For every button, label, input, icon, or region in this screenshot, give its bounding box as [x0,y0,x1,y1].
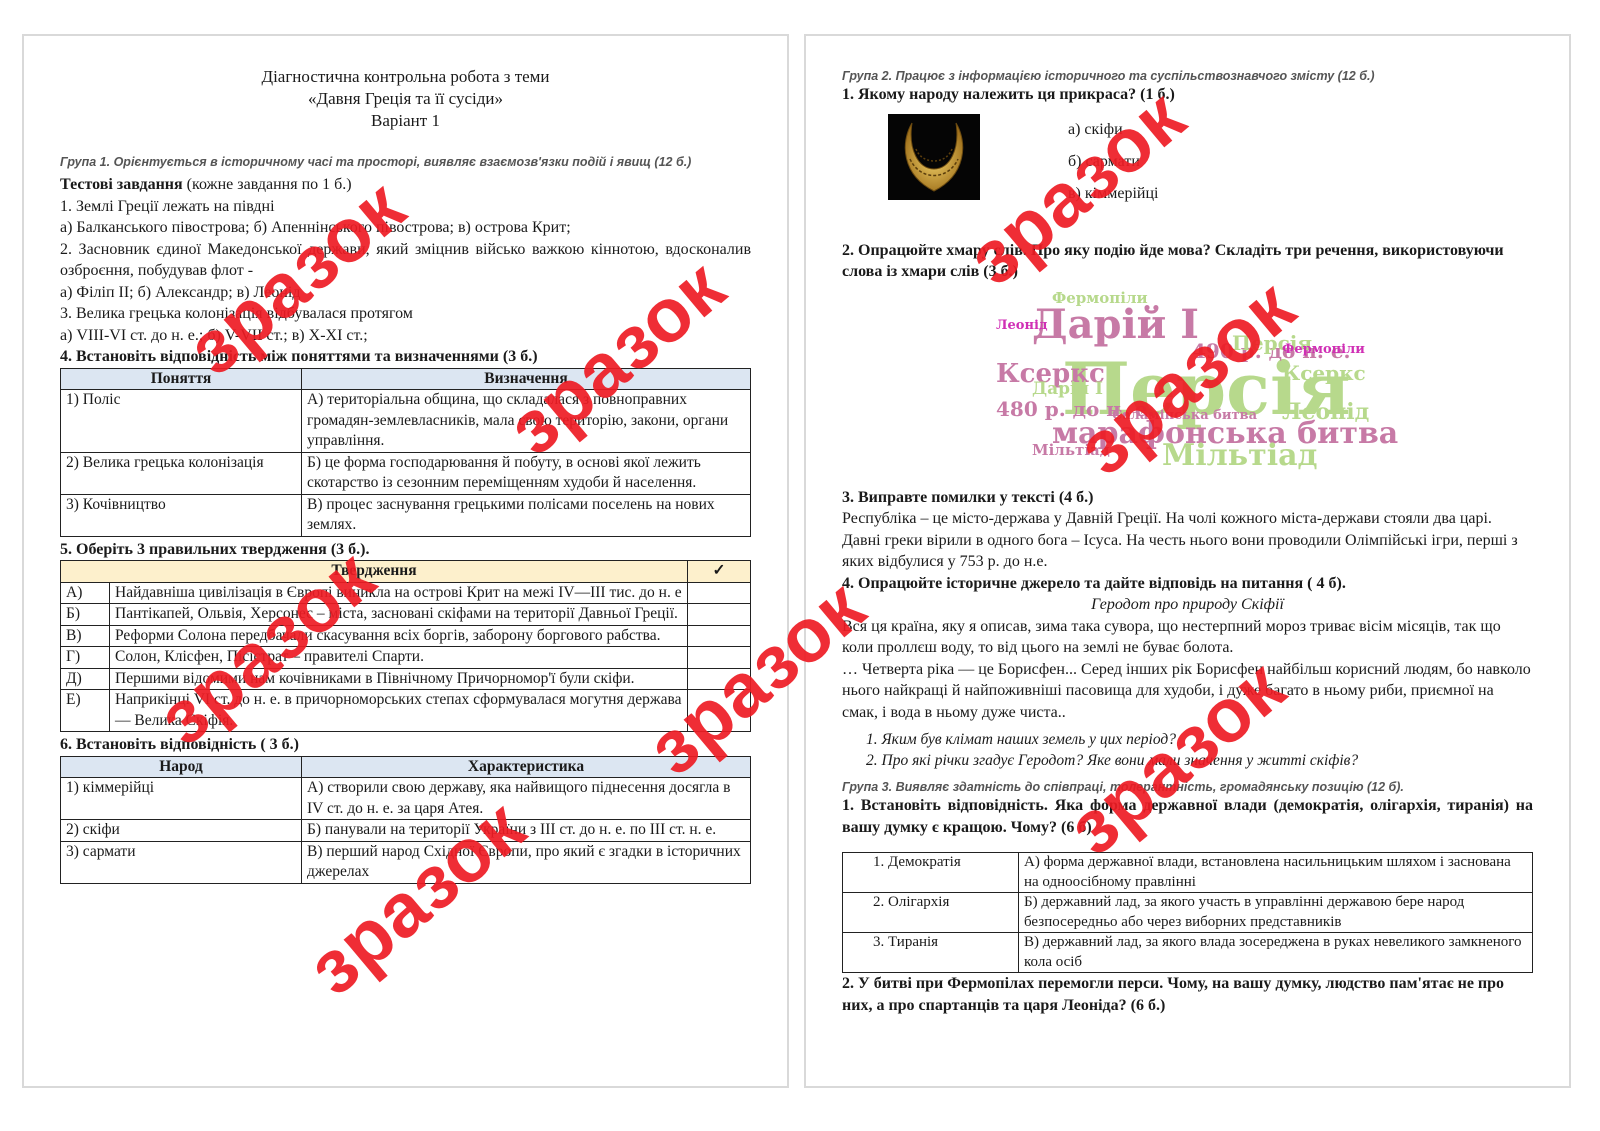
table-row: 2) Велика грецька колонізаціяБ) це форма… [61,452,751,494]
cell: А) створили свою державу, яка найвищого … [302,778,751,820]
cell: Е) [61,690,110,732]
tests-heading-rest: (кожне завдання по 1 б.) [183,176,352,193]
table-row: Б)Пантікапей, Ольвія, Херсонес – міста, … [61,604,751,626]
word-cloud-image: ПерсіяДарій IКсерксмарафонська битваМіль… [992,291,1372,481]
task5-table: Твердження✓ А)Найдавніша цивілізація в Є… [60,560,751,732]
table-row: Д)Першими відомими нам кочівниками в Пів… [61,668,751,690]
cell: Б) панували на території України з III с… [302,820,751,842]
cell: В) перший народ Східної Європи, про який… [302,841,751,883]
task5-heading: 5. Оберіть 3 правильних твердження (3 б.… [60,539,751,561]
source-question-1: 1. Яким був клімат наших земель у цих пе… [866,729,1533,750]
cell: А) форма державної влади, встановлена на… [1019,853,1533,893]
cell: Наприкінці VI ст. до н. е. в причорномор… [110,690,688,732]
table-row: 1) ПолісА) територіальна община, що скла… [61,390,751,453]
table-row: 2. ОлігархіяБ) державний лад, за якого у… [843,893,1533,933]
cell: 1) кіммерійці [61,778,302,820]
g2-question-2: 2. Опрацюйте хмару слів. Про яку подію й… [842,240,1533,283]
test-question-2: 2. Засновник єдиної Македонської держави… [60,239,751,282]
cell: 2. Олігархія [843,893,1019,933]
task6-table: НародХарактеристика 1) кіммерійціА) ство… [60,756,751,884]
cell: Д) [61,668,110,690]
word-cloud-word: Фермопіли [1282,343,1365,356]
title-line: «Давня Греція та її сусіди» [60,88,751,110]
table-row: Е)Наприкінці VI ст. до н. е. в причорном… [61,690,751,732]
gold-pectoral-image [888,114,980,200]
cell: 2) Велика грецька колонізація [61,452,302,494]
table-row: Г)Солон, Клісфен, Пісістрат – правителі … [61,647,751,669]
word-cloud-word: Фермопіли [1052,291,1148,306]
g2-question-4-heading: 4. Опрацюйте історичне джерело та дайте … [842,573,1533,595]
task4-table: ПоняттяВизначення 1) ПолісА) територіаль… [60,368,751,537]
table-row: 1. ДемократіяА) форма державної влади, в… [843,853,1533,893]
source-question-2: 2. Про які річки згадує Геродот? Яке вон… [866,750,1533,771]
answer-cell[interactable] [688,582,751,604]
test-question-3: 3. Велика грецька колонізація відбувалас… [60,303,751,325]
option: б) сармати [1068,146,1158,178]
cell: Пантікапей, Ольвія, Херсонес – міста, за… [110,604,688,626]
cell: Г) [61,647,110,669]
col-header: Народ [61,756,302,778]
test-options-1: а) Балканського півострова; б) Апеннінсь… [60,217,751,239]
cell: Солон, Клісфен, Пісістрат – правителі Сп… [110,647,688,669]
document-page-left: Діагностична контрольна робота з теми «Д… [22,34,789,1088]
source-text-2: … Четверта ріка — це Борисфен... Серед і… [842,659,1533,724]
cell: 1) Поліс [61,390,302,453]
table-row: 1) кіммерійціА) створили свою державу, я… [61,778,751,820]
table-row: 2) скіфиБ) панували на території України… [61,820,751,842]
col-header: Характеристика [302,756,751,778]
table-row: 3) сарматиВ) перший народ Східної Європи… [61,841,751,883]
cell: В) процес заснування грецькими полісами … [302,494,751,536]
test-question-1: 1. Землі Греції лежать на півдні [60,196,751,218]
table-row: 3. ТираніяВ) державний лад, за якого вла… [843,933,1533,973]
tests-heading-bold: Тестові завдання [60,176,183,193]
title-line: Варіант 1 [60,110,751,132]
source-title: Геродот про природу Скіфії [842,594,1533,616]
cell: А) територіальна община, що складалася з… [302,390,751,453]
word-cloud-word: Ксеркс [1282,363,1366,383]
cell: 3) сармати [61,841,302,883]
cell: Б) це форма господарювання й побуту, в о… [302,452,751,494]
option: а) скіфи [1068,114,1158,146]
cell: Першими відомими нам кочівниками в Півні… [110,668,688,690]
task6-heading: 6. Встановіть відповідність ( 3 б.) [60,734,751,756]
cell: Б) [61,604,110,626]
word-cloud-word: Леонід [1282,401,1369,423]
answer-cell[interactable] [688,668,751,690]
group2-heading: Група 2. Працює з інформацією історичног… [842,68,1533,84]
word-cloud-word: Дарій I [1032,381,1103,398]
task4-heading: 4. Встановіть відповідність між поняттям… [60,346,751,368]
g3-table: 1. ДемократіяА) форма державної влади, в… [842,852,1533,973]
group3-heading: Група 3. Виявляє здатність до співпраці,… [842,779,1533,795]
word-cloud-word: Саламінська битва [1112,409,1257,422]
group1-heading: Група 1. Орієнтується в історичному часі… [60,154,751,170]
col-header: Поняття [61,368,302,390]
g2-question-3-text: Республіка – це місто-держава у Давній Г… [842,508,1533,573]
word-cloud-word: Мільтіад [1032,443,1110,458]
cell: Реформи Солона передбачали скасування вс… [110,625,688,647]
q1-block: а) скіфи б) сармати в) кіммерійці [888,114,1533,210]
tests-heading: Тестові завдання (кожне завдання по 1 б.… [60,174,751,196]
cell: 3) Кочівництво [61,494,302,536]
g2-question-1: 1. Якому народу належить ця прикраса? (1… [842,84,1533,106]
word-cloud-word: Леонід [996,319,1048,332]
answer-cell[interactable] [688,625,751,647]
test-options-3: а) VIII-VI ст. до н. е.; б) V-VII ст.; в… [60,325,751,347]
cell: 2) скіфи [61,820,302,842]
cell: В) державний лад, за якого влада зосеред… [1019,933,1533,973]
g3-question-2: 2. У битві при Фермопілах перемогли перс… [842,973,1533,1016]
checkmark-icon: ✓ [688,561,751,583]
page-content: Група 2. Працює з інформацією історичног… [842,68,1533,1016]
cell: Б) державний лад, за якого участь в упра… [1019,893,1533,933]
g2-question-3-heading: 3. Виправте помилки у тексті (4 б.) [842,487,1533,509]
page-content: Діагностична контрольна робота з теми «Д… [60,66,751,884]
table-row: 3) КочівництвоВ) процес заснування грець… [61,494,751,536]
test-options-2: а) Філіп II; б) Александр; в) Леонід [60,282,751,304]
option: в) кіммерійці [1068,178,1158,210]
cell: В) [61,625,110,647]
title-line: Діагностична контрольна робота з теми [60,66,751,88]
word-cloud-word: Мільтіад [1162,441,1318,471]
word-cloud-word: Дарій I [1032,305,1199,345]
q1-options: а) скіфи б) сармати в) кіммерійці [1068,114,1158,210]
cell: А) [61,582,110,604]
cell: Найдавніша цивілізація в Європі виникла … [110,582,688,604]
answer-cell[interactable] [688,604,751,626]
col-header: Твердження [61,561,688,583]
document-title: Діагностична контрольна робота з теми «Д… [60,66,751,132]
table-row: В)Реформи Солона передбачали скасування … [61,625,751,647]
answer-cell[interactable] [688,647,751,669]
cell: 3. Тиранія [843,933,1019,973]
g3-question-1: 1. Встановіть відповідність. Яка форма д… [842,795,1533,838]
document-page-right: Група 2. Працює з інформацією історичног… [804,34,1571,1088]
col-header: Визначення [302,368,751,390]
table-row: А)Найдавніша цивілізація в Європі виникл… [61,582,751,604]
cell: 1. Демократія [843,853,1019,893]
source-text-1: Вся ця країна, яку я описав, зима така с… [842,616,1533,659]
answer-cell[interactable] [688,690,751,732]
